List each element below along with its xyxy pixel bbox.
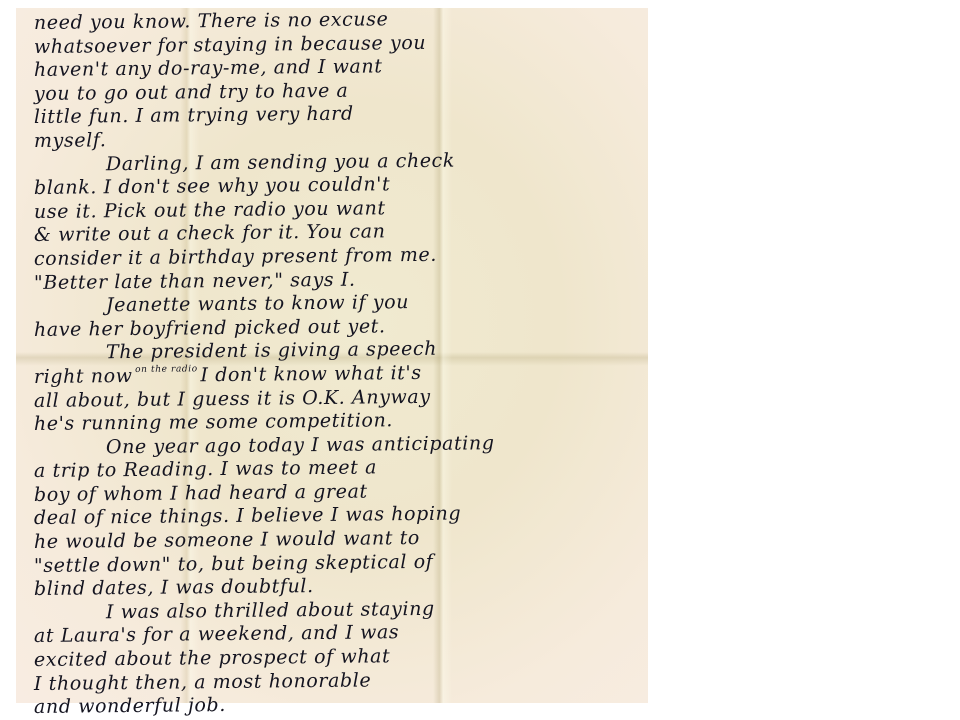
- line-part: right now: [34, 365, 133, 388]
- letter-line: and wonderful job.: [34, 690, 634, 720]
- letter-text: need you know. There is no excuse whatso…: [34, 12, 634, 720]
- insertion-note: on the radio: [135, 364, 198, 375]
- letter-page: need you know. There is no excuse whatso…: [16, 8, 648, 703]
- line-part: I don't know what it's: [200, 362, 421, 386]
